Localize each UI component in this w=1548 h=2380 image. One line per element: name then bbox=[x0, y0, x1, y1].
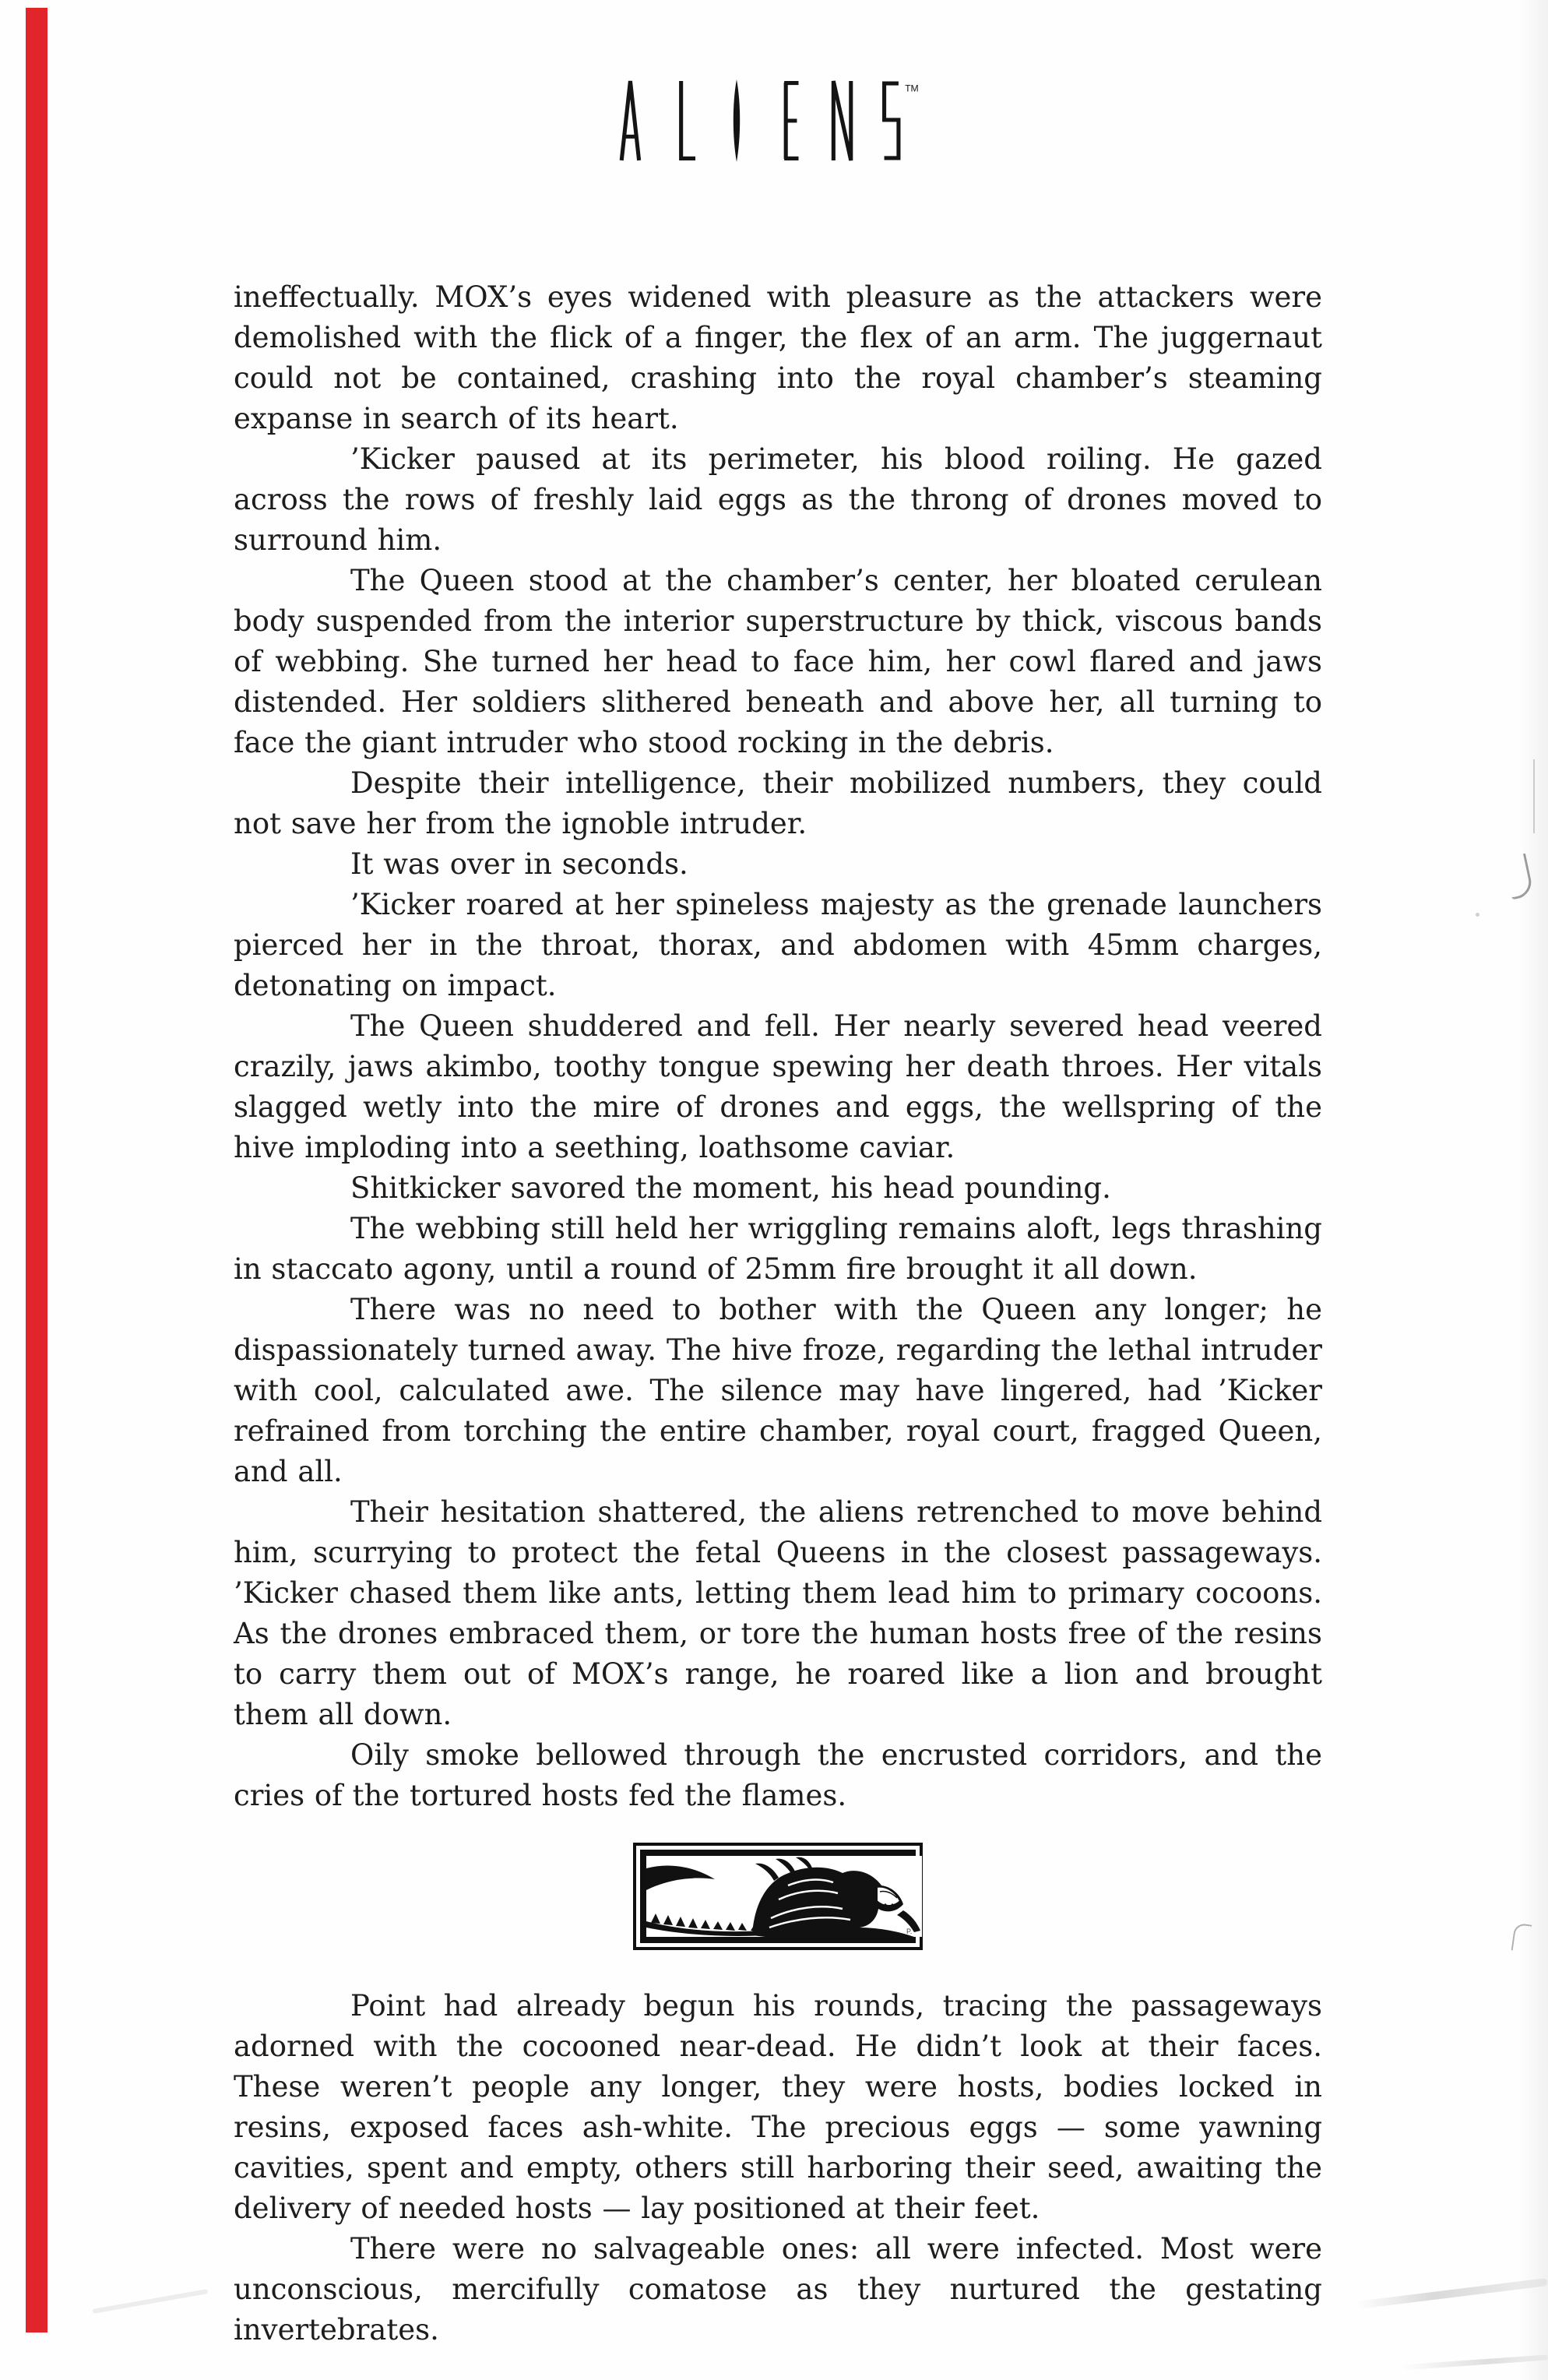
paragraph: ’Kicker roared at her spineless majesty … bbox=[234, 885, 1322, 1006]
paragraph: It was over in seconds. bbox=[234, 844, 1322, 885]
alien-drawing-icon: P. bbox=[646, 1856, 922, 1937]
scan-artifact-streak bbox=[93, 2289, 209, 2314]
paragraph: ’Kicker paused at its perimeter, his blo… bbox=[234, 439, 1322, 561]
paragraph: Point had already begun his rounds, trac… bbox=[234, 1986, 1322, 2229]
logo-letter-l bbox=[681, 81, 695, 158]
logo-letter-n bbox=[833, 81, 850, 160]
story-text: ineffectually. MOX’s eyes widened with p… bbox=[234, 277, 1322, 2350]
alien-illustration-frame: P. bbox=[633, 1843, 923, 1950]
paragraph: ineffectually. MOX’s eyes widened with p… bbox=[234, 277, 1322, 439]
aliens-logo: TM bbox=[617, 79, 938, 162]
page-edge-shade bbox=[1518, 0, 1548, 2380]
text-section-after-illustration: Point had already begun his rounds, trac… bbox=[234, 1986, 1322, 2350]
logo-letter-e bbox=[784, 83, 798, 159]
logo-letter-s bbox=[885, 83, 899, 158]
paragraph: Oily smoke bellowed through the encruste… bbox=[234, 1735, 1322, 1816]
alien-illustration-border: P. bbox=[640, 1850, 916, 1943]
logo-letter-a bbox=[621, 81, 639, 160]
paragraph: There was no need to bother with the Que… bbox=[234, 1290, 1322, 1492]
paragraph: Shitkicker savored the moment, his head … bbox=[234, 1168, 1322, 1209]
paragraph: The Queen stood at the chamber’s center,… bbox=[234, 561, 1322, 763]
paragraph: Their hesitation shattered, the aliens r… bbox=[234, 1492, 1322, 1735]
scan-artifact-speck bbox=[1476, 913, 1479, 917]
paragraph: The Queen shuddered and fell. Her nearly… bbox=[234, 1006, 1322, 1168]
paragraph: Despite their intelligence, their mobili… bbox=[234, 763, 1322, 844]
logo-letter-i-lens bbox=[734, 79, 740, 162]
logo-header: TM bbox=[234, 79, 1322, 162]
spine-red-strip bbox=[26, 8, 47, 2332]
book-page: TM ineffectually. MOX’s eyes widened wit… bbox=[0, 0, 1548, 2380]
logo-trademark: TM bbox=[905, 83, 919, 93]
paragraph: There were no salvageable ones: all were… bbox=[234, 2229, 1322, 2350]
illustration-signature: P. bbox=[906, 1928, 912, 1935]
page-content: TM ineffectually. MOX’s eyes widened wit… bbox=[234, 0, 1322, 2350]
paragraph: The webbing still held her wriggling rem… bbox=[234, 1209, 1322, 1290]
text-section-before-illustration: ineffectually. MOX’s eyes widened with p… bbox=[234, 277, 1322, 1816]
